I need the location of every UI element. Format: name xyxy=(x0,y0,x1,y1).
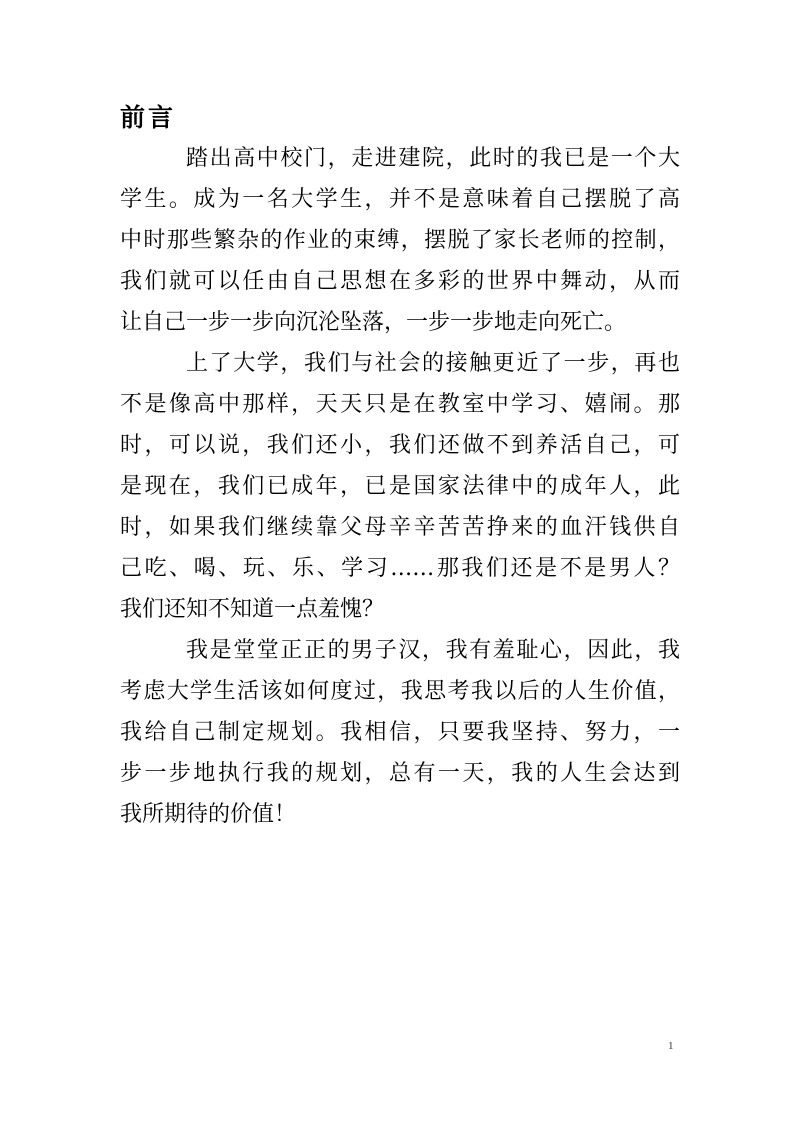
text-line: 己吃、喝、玩、乐、学习……那我们还是不是男人？ xyxy=(120,548,680,589)
text-line: 是现在，我们已成年，已是国家法律中的成年人，此 xyxy=(120,466,680,507)
text-line: 我们还知不知道一点羞愧？ xyxy=(120,589,680,630)
text-line: 我是堂堂正正的男子汉，我有羞耻心，因此，我 xyxy=(120,630,680,671)
text-line: 我给自己制定规划。我相信，只要我坚持、努力，一 xyxy=(120,712,680,753)
text-line: 时，如果我们继续靠父母辛辛苦苦挣来的血汗钱供自 xyxy=(120,507,680,548)
text-line: 上了大学，我们与社会的接触更近了一步，再也 xyxy=(120,343,680,384)
text-line: 不是像高中那样，天天只是在教室中学习、嬉闹。那 xyxy=(120,384,680,425)
text-line: 时，可以说，我们还小，我们还做不到养活自己，可 xyxy=(120,425,680,466)
document-page: 前言 踏出高中校门，走进建院，此时的我已是一个大 学生。成为一名大学生，并不是意… xyxy=(0,0,793,1122)
page-title: 前言 xyxy=(120,101,176,135)
text-line: 中时那些繁杂的作业的束缚，摆脱了家长老师的控制， xyxy=(120,220,680,261)
text-line: 考虑大学生活该如何度过，我思考我以后的人生价值， xyxy=(120,671,680,712)
body-text: 踏出高中校门，走进建院，此时的我已是一个大 学生。成为一名大学生，并不是意味着自… xyxy=(120,138,680,835)
text-line: 步一步地执行我的规划，总有一天，我的人生会达到 xyxy=(120,753,680,794)
text-line: 我们就可以任由自己思想在多彩的世界中舞动，从而 xyxy=(120,261,680,302)
paragraph-3: 我是堂堂正正的男子汉，我有羞耻心，因此，我 考虑大学生活该如何度过，我思考我以后… xyxy=(120,630,680,835)
text-line: 踏出高中校门，走进建院，此时的我已是一个大 xyxy=(120,138,680,179)
text-line: 我所期待的价值！ xyxy=(120,794,680,835)
text-line: 学生。成为一名大学生，并不是意味着自己摆脱了高 xyxy=(120,179,680,220)
page-number: 1 xyxy=(668,1040,674,1052)
text-line: 让自己一步一步向沉沦坠落，一步一步地走向死亡。 xyxy=(120,302,680,343)
paragraph-2: 上了大学，我们与社会的接触更近了一步，再也 不是像高中那样，天天只是在教室中学习… xyxy=(120,343,680,630)
paragraph-1: 踏出高中校门，走进建院，此时的我已是一个大 学生。成为一名大学生，并不是意味着自… xyxy=(120,138,680,343)
